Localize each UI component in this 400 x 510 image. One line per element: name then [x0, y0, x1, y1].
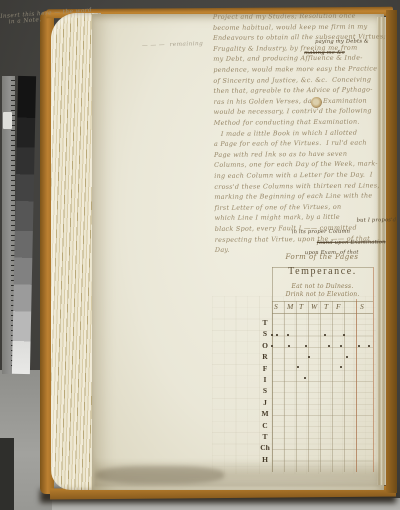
ink-revision: but I propos'd [357, 217, 397, 223]
fault-mark-dot [271, 334, 273, 336]
fault-mark-dot [304, 377, 306, 379]
manuscript-line: become habitual, would keep me firm in m… [213, 22, 385, 32]
manuscript-line: Method for conducting that Examination. [214, 117, 386, 127]
chart-motto-line1: Eat not to Dulness. [272, 283, 373, 290]
virtue-letter: F [256, 364, 274, 373]
manuscript-line: first Letter of one of the Virtues, on [214, 202, 386, 212]
chart-red-rule-inner [356, 299, 357, 472]
fault-mark-dot [358, 345, 360, 347]
manuscript-line: cross'd these Columns with thirteen red … [214, 181, 386, 191]
manuscript-line: marking the Beginning of each Line with … [214, 192, 386, 202]
wormhole-spot [311, 97, 322, 108]
fault-mark-dot [308, 356, 310, 358]
fault-mark-dot [276, 334, 278, 336]
virtue-letter: C [256, 421, 274, 430]
day-header-letter: T [299, 302, 303, 311]
fault-mark-dot [368, 345, 370, 347]
fault-mark-dot [305, 345, 307, 347]
fault-mark-dot [297, 366, 299, 368]
virtue-letter: T [256, 432, 274, 441]
fault-mark-dot [287, 334, 289, 336]
manuscript-line: then that, agreable to the Advice of Pyt… [213, 86, 385, 96]
manuscript-line: Project and my Studies; Resolution once [213, 11, 385, 21]
fault-mark-dot [271, 345, 273, 347]
page-content: — — — remaining Insert this here — the w… [0, 0, 400, 510]
manuscript-line: a Page for each of the Virtues. I rul'd … [214, 139, 386, 149]
virtue-letter: J [256, 398, 274, 407]
ink-revision: in its proper Column [292, 229, 351, 236]
day-header-letter: W [311, 302, 317, 311]
virtue-letter: M [256, 409, 274, 418]
manuscript-line: Page with red Ink so as to have seven [214, 149, 386, 159]
fault-mark-dot [328, 345, 330, 347]
manuscript-line: ing each Column with a Letter for the Da… [214, 170, 386, 180]
manuscript-line: ras in his Golden Verses, daily Examinat… [214, 96, 386, 106]
chart-row-rules [272, 313, 373, 472]
virtue-letter: R [256, 352, 274, 361]
manuscript-line: of Sincerity and Justice, &c. &c. Concei… [213, 75, 385, 85]
day-header-letter: T [324, 302, 328, 311]
manuscript-line: pendence, would make more easy the Pract… [213, 64, 385, 74]
virtue-letter: T [256, 318, 274, 327]
chart-red-rule-right [373, 267, 374, 472]
fault-mark-dot [343, 334, 345, 336]
ink-revision: making me &c [304, 50, 345, 56]
manuscript-line: would be necessary, I contriv'd the foll… [214, 107, 386, 117]
form-of-pages-heading: Form of the Pages [268, 253, 376, 261]
manuscript-line: I made a little Book in which I allotted [214, 128, 386, 138]
virtue-letter: H [256, 455, 274, 464]
day-header-letter: F [336, 302, 341, 311]
manuscript-line: Columns, one for each Day of the Week, m… [214, 160, 386, 170]
chart-title: Temperance. [272, 266, 373, 277]
ink-revision: paying my Debts & [315, 39, 369, 45]
fault-mark-dot [324, 334, 326, 336]
archival-photo: — — — remaining Insert this here — the w… [0, 0, 400, 510]
virtue-letter: I [256, 375, 274, 384]
ink-revision: found upon Examination [317, 239, 386, 246]
day-header-letter: S [274, 302, 278, 311]
manuscript-line: my Debt, and producing Affluence & Inde- [213, 54, 385, 64]
day-header-letter: S [360, 302, 364, 311]
fault-mark-dot [346, 356, 348, 358]
fault-mark-dot [340, 366, 342, 368]
chart-motto-line2: Drink not to Elevation. [272, 291, 373, 298]
fault-mark-dot [340, 345, 342, 347]
fault-mark-dot [288, 345, 290, 347]
day-header-letter: M [287, 302, 293, 311]
virtue-letter: Ch [256, 443, 274, 452]
virtue-letter: S [256, 386, 274, 395]
